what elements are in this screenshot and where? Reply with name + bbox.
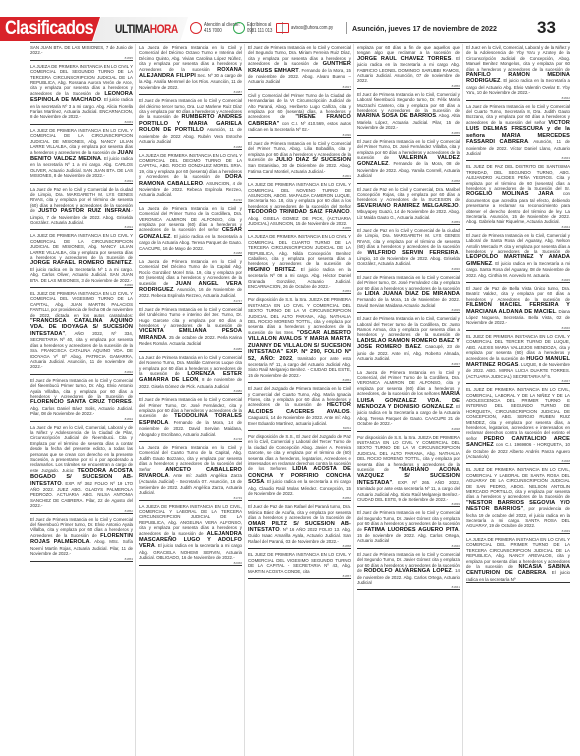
legal-notice: LA JUEZA DE PRIMERA INSTANCIA EN LO CIVI… <box>248 233 351 294</box>
notice-code: 81847 <box>466 379 570 383</box>
notice-code: 81988 <box>139 251 242 255</box>
section-title: Clasificados <box>5 18 93 40</box>
legal-notice: El Juez del Juzgado de Primera Instancia… <box>248 385 351 431</box>
contact-email[interactable]: avisos@uhora.com.py <box>276 22 347 34</box>
legal-notice: El Juez de Primera Instancia en lo Civil… <box>357 315 460 366</box>
notice-code: 81840 <box>357 544 460 548</box>
legal-notice: EL JUEZ DE PRIMERA INSTANCIA EN LO CIVIL… <box>466 333 570 384</box>
legal-notice: SAN JUAN BTA. DE LAS MISIONES, 7 de Juni… <box>30 44 133 61</box>
notice-code: 82066 <box>139 561 242 565</box>
column-2: La Jueza de Primera Instancia en lo Civi… <box>139 44 245 756</box>
page-header: Clasificados ULTIMAHORA Atención al clie… <box>0 0 580 30</box>
notice-code: 81855 <box>357 131 460 135</box>
logo-part-hora: HORA <box>150 22 178 36</box>
deceased-name: LIDIA JUANA DIAZ DE MIRANDA <box>365 291 460 297</box>
phone-icon <box>190 22 202 34</box>
deceased-name: FATIMA LUORDES AGUERO PITA <box>364 527 459 533</box>
notice-body: EL JUEZ DE PRIMERA INSTANCIA EN LO CIVIL… <box>466 467 570 499</box>
divider <box>346 22 347 34</box>
legal-notice: LA JUEZA DE PRIMERA INSTANCIA EN LO CIVI… <box>30 63 133 125</box>
notice-code: 81834 <box>30 225 133 229</box>
legal-notice: La Jueza de Primera Instancia en lo Civi… <box>139 258 242 304</box>
contact-value: 415 7000 <box>204 28 222 34</box>
legal-notice: El Juez de Primera Instancia en lo Civil… <box>357 274 460 313</box>
deceased-name: JORGE RAUL CHAVEZ TORRES <box>357 56 451 62</box>
mail-icon <box>276 23 289 33</box>
legal-notice: El Juez de Primera Instancia en lo Civil… <box>248 140 351 179</box>
legal-notice: El Juez de Primera Instancia en lo Civil… <box>357 91 460 136</box>
notice-code: 81852 <box>30 509 133 513</box>
notice-code: 81851 <box>248 378 351 382</box>
legal-notice: El Juez de Paz de Bella Vista Único turn… <box>466 285 570 331</box>
notice-code: 81839 <box>357 502 460 506</box>
notice-code: 81853 <box>248 289 351 293</box>
publication-date: Asunción, jueves 17 de noviembre de 2022 <box>352 24 497 33</box>
legal-notice: LA JUEZ DE PRIMERA INSTANCIA EN LO CIVIL… <box>30 127 133 184</box>
legal-notice: La Juez de Paz en lo Civil y Comercial d… <box>30 186 133 231</box>
section-banner: Clasificados <box>0 17 100 41</box>
whatsapp-icon <box>233 22 245 34</box>
notice-code: 82063 <box>30 120 133 124</box>
legal-notice: El Juez de Primera Instancia en lo Civil… <box>139 396 242 442</box>
notice-code: 81801 <box>248 174 351 178</box>
deceased-name: JORGE RAFAEL ROMERO BENITEZ <box>30 260 132 266</box>
notice-code: 81833 <box>30 179 133 183</box>
notice-body: El Juez de Primera Instancia en lo Civil… <box>30 378 133 399</box>
legal-notice: El Juez de Primera Instancia en lo Civil… <box>30 377 133 422</box>
notice-body: El Juez de Paz de San Rafael del Paraná … <box>248 504 351 520</box>
notice-code: 81842 <box>466 96 570 100</box>
column-5: El Juez en lo Civil, Comercial, Laboral … <box>466 44 572 756</box>
notice-body: LA JUEZ DE PRIMERA INSTANCIA EN LO CIVIL… <box>30 233 133 260</box>
notice-code: 81855 <box>248 226 351 230</box>
notice-code: 81852 <box>248 496 351 500</box>
notice-code: 81841 <box>357 585 460 589</box>
notices-columns: SAN JUAN BTA. DE LAS MISIONES, 7 de Juni… <box>30 44 575 756</box>
legal-notice: LA JUEZA DE PRIMERA INSTANCIA EN LO CIVI… <box>139 152 242 203</box>
notice-code: 81853 <box>30 557 133 561</box>
notice-body: El Juez en lo Civil, Comercial, Laboral … <box>466 45 570 72</box>
notice-body: emplaza por 60 días a fin de que aquello… <box>357 45 460 55</box>
legal-notice: El Juez de Primera Instancia en lo Civil… <box>139 97 242 149</box>
deceased-name: JUSTO PASTOR RUIZ INSFRAN <box>38 208 130 214</box>
legal-notice: EL JUEZ DE PRIMERA INSTANCIA EN LO CIVIL… <box>30 290 133 375</box>
notice-body-continued: , AÑO 2022, Nº 334, SECRETARIA Nº 40, ci… <box>30 331 133 369</box>
notice-body: EL JUEZ DE PRIMERA INSTANCIA EN LO CIVIL… <box>466 387 570 441</box>
notice-code: 81836 <box>30 283 133 287</box>
notice-body: El Juez de Primera Instancia en lo Civil… <box>357 316 460 337</box>
notice-code: 81858 <box>248 544 351 548</box>
notice-body: EL JUEZ DE PRIMERA INSTANCIA EN LO CIVIL… <box>30 291 133 318</box>
legal-notice: El Juez de Primera Instancia en lo Civil… <box>139 306 242 352</box>
notice-body: SAN JUAN BTA. DE LAS MISIONES, 7 de Juni… <box>30 45 133 55</box>
notice-code: 81856 <box>357 84 460 88</box>
legal-notice: El Juez de Primera Instancia en lo Civil… <box>466 232 570 283</box>
notice-code: 81747 <box>139 299 242 303</box>
legal-notice: El Juez de Paz en lo Civil y Comercial, … <box>357 186 460 225</box>
notice-code: 81986 <box>139 389 242 393</box>
legal-notice: La Jueza de Primera Instancia en lo Civi… <box>139 44 242 95</box>
deceased-name: FLORENCIO SANTA CRUZ TORRES <box>30 399 132 405</box>
notice-code: 81849 <box>466 529 570 533</box>
notice-body: El Juez de Primera Instancia en lo Civil… <box>466 233 570 254</box>
notice-code: 81844 <box>466 225 570 229</box>
legal-notice: Por disposición de S.S., El Juez del Juz… <box>248 433 351 501</box>
legal-notice: El Juez de Paz en lo Civil y Comercial d… <box>357 227 460 272</box>
notice-body: El Juez de Paz en lo Civil y Comercial, … <box>357 187 460 203</box>
notice-code: 81845 <box>466 278 570 282</box>
notice-code: 81987 <box>139 90 242 94</box>
notice-body-continued: San Estanislao, 30 de Diciembre de 2022.… <box>248 163 351 173</box>
logo-part-ultima: ULTIMA <box>115 22 150 36</box>
notice-code: 81811 <box>248 426 351 430</box>
legal-notice: LA JUEZA DE PRIMERA INSTANCIA EN LO CIVI… <box>466 536 570 583</box>
notice-body: El Juez de Paz de Bella Vista Único turn… <box>466 286 570 302</box>
notice-code: 81748 <box>139 437 242 441</box>
contact-value: avisos@uhora.com.py <box>291 25 333 31</box>
column-3: El Juez de Primera Instancia en lo Civil… <box>248 44 354 756</box>
legal-notice: La Juez de Paz en lo Civil, Comercial, L… <box>30 424 133 514</box>
deceased-name: SEVERIANO RAMIREZ MELGAREJO <box>357 203 459 209</box>
legal-notice: Civil y Comercial del Primer Turno de la… <box>248 92 351 138</box>
legal-notice: EL JUEZ DE PRIMERA INSTANCIA EN LO CIVIL… <box>466 466 570 533</box>
legal-notice: LA JUEZ DE PRIMERA INSTANCIA EN LO CIVIL… <box>248 181 351 231</box>
notice-code: 81837 <box>357 362 460 366</box>
legal-notice: LA JUEZ DE PRIMERA INSTANCIA EN LO CIVIL… <box>30 232 133 288</box>
notice-code: 81838 <box>357 427 460 431</box>
notice-code: 81858 <box>357 179 460 183</box>
notice-code: 81988 <box>139 145 242 149</box>
legal-notice: Por disposición de S.S. la Sra. JUEZA DE… <box>248 296 351 383</box>
header-rule <box>30 42 570 43</box>
legal-notice: Por disposición de S.S. la Sra. JUEZA DE… <box>357 434 460 508</box>
notice-body: EL JUEZ DE PAZ DEL DISTRITO DE SANTISIMA… <box>466 164 570 191</box>
legal-notice: EL JUEZ DE PRIMERA INSTANCIA EN LO CIVIL… <box>466 386 570 464</box>
notice-body: EL JUEZ DE PRIMERA INSTANCIA EN LO CIVIL… <box>248 552 351 573</box>
legal-notice: El Juez de Primera Instancia en lo Civil… <box>248 44 351 90</box>
notice-code: 81843 <box>466 156 570 160</box>
page-number: 33 <box>537 18 556 38</box>
newspaper-logo: ULTIMAHORA <box>115 22 178 36</box>
notice-code: 81990 <box>248 133 351 137</box>
deceased-name: ROGELIO MOLINAS JARA <box>466 191 554 197</box>
notice-body-continued: . El juicio radica en la secretaría a mi… <box>248 479 351 496</box>
contact-value: 0981 111 013 <box>247 28 272 34</box>
deceased-name: MARINA SOSA DE BARRIOS <box>357 113 436 119</box>
notice-code: 81835 <box>357 308 460 312</box>
notice-body: LA JUEZ DE PRIMERA INSTANCIA EN LO CIVIL… <box>248 182 351 209</box>
deceased-name: HIGINIO BRITEZ <box>248 267 295 273</box>
notice-code: 81835 <box>30 56 133 60</box>
legal-notice: El Juez de Primera Instancia en lo Civil… <box>357 138 460 184</box>
notice-code: 81836 <box>357 267 460 271</box>
notice-code: 81749 <box>139 496 242 500</box>
legal-notice: La Juez de Primera Instancia en lo Civil… <box>466 103 570 162</box>
notice-code: 81834 <box>30 417 133 421</box>
deceased-name: JULIO DIAZ S/ SUCESION <box>276 157 351 163</box>
legal-notice: La Jueza de Primera Instancia en lo Civi… <box>139 444 242 501</box>
legal-notice: El Juez de Primera Instancia en lo Civil… <box>30 516 133 562</box>
notice-code: 81832 <box>30 370 133 374</box>
legal-notice: El Juez de Paz de San Rafael del Paraná … <box>248 503 351 549</box>
legal-notice: El Juez de Primera Instancia en lo Civil… <box>357 551 460 590</box>
legal-notice: La Jueza de Primera Instancia en lo Civi… <box>139 205 242 256</box>
legal-notice: El Juez de Primera Instancia en lo Civil… <box>357 509 460 548</box>
legal-notice: LA JUEZA DE PRIMERA INSTANCIA EN LO CIVI… <box>139 503 242 566</box>
legal-notice: EL JUEZ DE PAZ DEL DISTRITO DE SANTISIMA… <box>466 163 570 229</box>
notice-code: 81827 <box>248 85 351 89</box>
notice-code: 81846 <box>466 326 570 330</box>
notice-code: 81848 <box>466 459 570 463</box>
legal-notice: emplaza por 60 días a fin de que aquello… <box>357 44 460 89</box>
legal-notice: EL JUEZ DE PRIMERA INSTANCIA EN LO CIVIL… <box>248 551 351 579</box>
notice-body-continued: Fernando de la Mora, 15 de Noviembre de … <box>357 297 460 307</box>
notice-code: 81857 <box>248 574 351 578</box>
notice-body: LA JUEZA DE PRIMERA INSTANCIA EN LO CIVI… <box>248 234 351 266</box>
deceased-name: WILFRIDO SERVIN FERREIRA <box>368 250 459 256</box>
legal-notice: La Juez de Primera Instancia en lo Civil… <box>139 354 242 394</box>
notice-body: El Juez de Primera Instancia en lo Civil… <box>139 307 242 328</box>
notice-code: 81859 <box>357 220 460 224</box>
notice-body-continued: . El juicio radica en la secretaría a mi… <box>139 543 242 560</box>
column-4: emplaza por 60 días a fin de que aquello… <box>357 44 463 756</box>
deceased-name: TEODORO TRINIDAD SAIZ FRANCO <box>248 209 350 215</box>
notice-code: 81985 <box>139 347 242 351</box>
deceased-name: RODOLFO ALVARENGA LOPEZ <box>364 568 452 574</box>
column-1: SAN JUAN BTA. DE LAS MISIONES, 7 de Juni… <box>30 44 136 756</box>
notice-code: 81746 <box>139 198 242 202</box>
legal-notice: El Juez en lo Civil, Comercial, Laboral … <box>466 44 570 101</box>
notice-body: El Juez de Primera Instancia en lo Civil… <box>357 92 460 113</box>
deceased-name: FILEMON MACIEL FERREIRA Y MARCIANA ALDAN… <box>466 302 570 314</box>
notice-body: La Juez de Paz en lo Civil, Comercial, L… <box>30 425 133 473</box>
legal-notice: La Jueza de Primera Instancia en lo Civi… <box>357 369 460 432</box>
